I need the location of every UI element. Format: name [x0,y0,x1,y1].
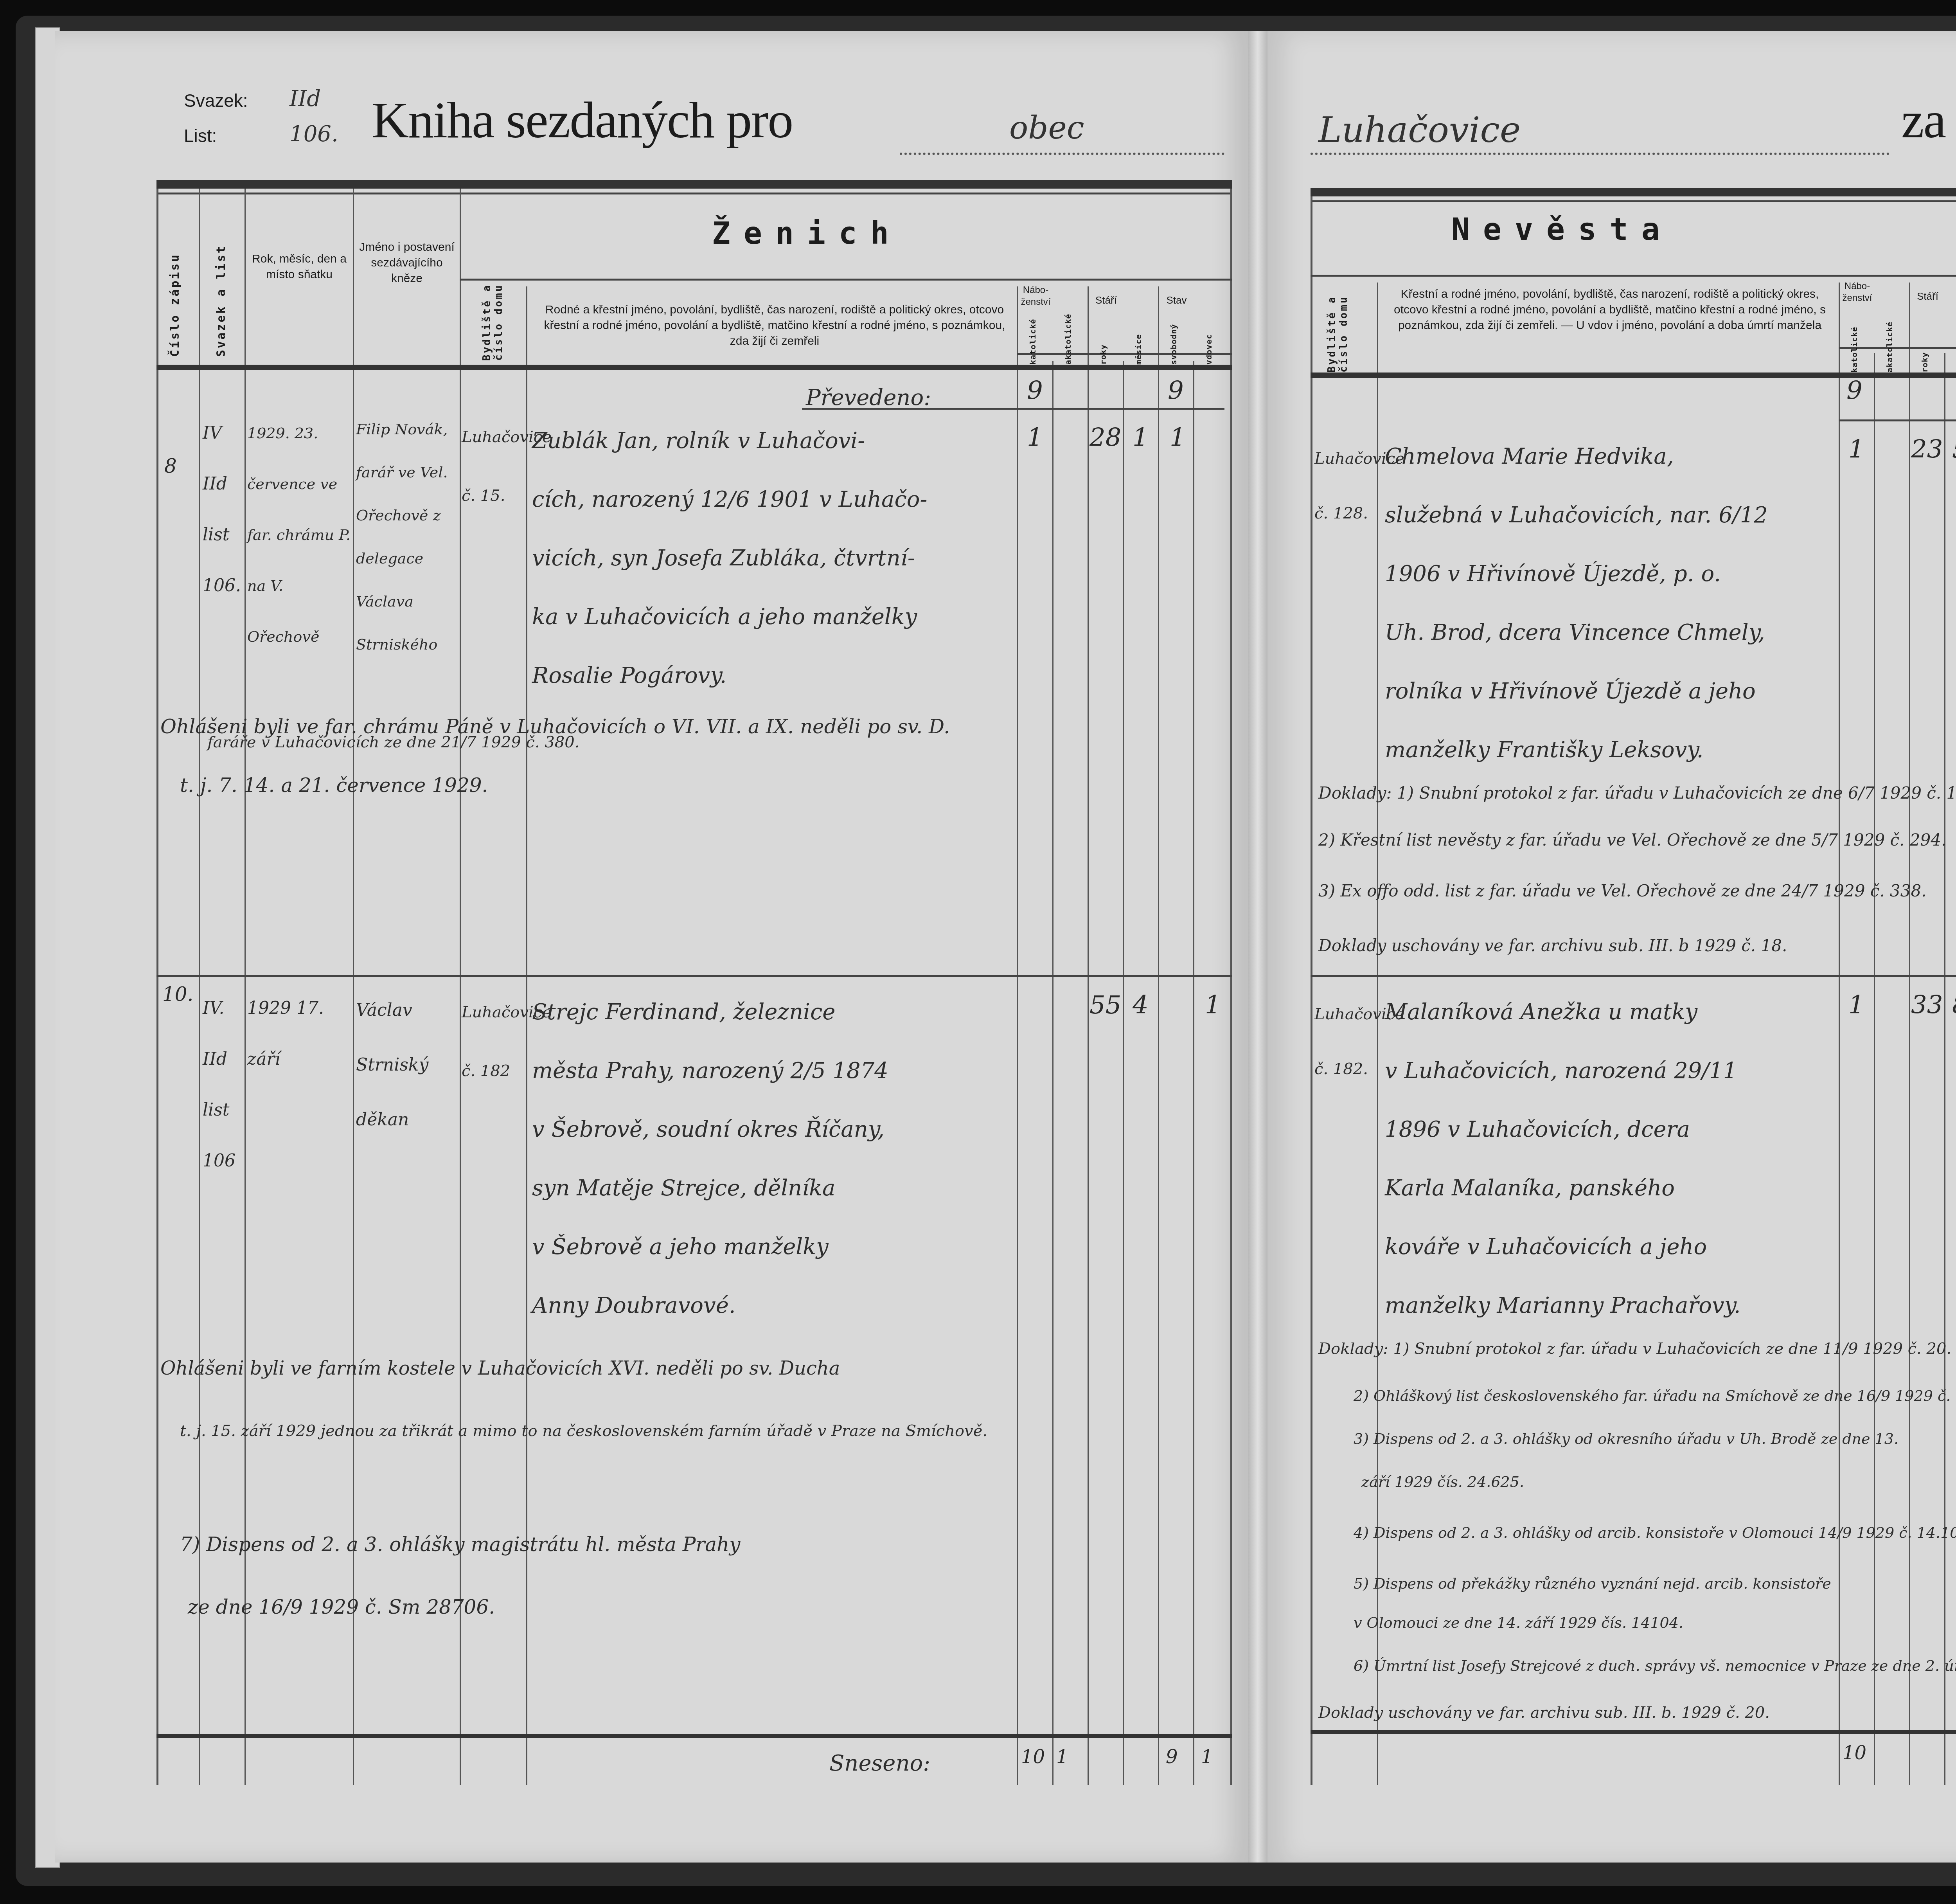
marriage-date-place: 1929. 23. července ve far. chrámu P. na … [247,408,353,662]
col-nabozenstvi: Nábo-ženství [1841,281,1874,304]
col-akatolicke: akatolické [1885,341,1894,373]
col-roky: roky [1098,333,1108,365]
officiating-priest: Václav Strniský děkan [356,983,458,1147]
officiating-priest: Filip Novák, farář ve Vel. Ořechově z de… [356,408,458,666]
totals-label: Sneseno: [829,1734,930,1793]
total-svobodny: 9 [1166,1746,1178,1768]
col-stari: Stáří [1089,292,1123,308]
col-katolicke: katolické [1028,333,1037,365]
bride-residence: Luhačovice č. 182. [1314,987,1377,1096]
col-bride-bydliste: Bydliště a číslo domu [1326,290,1350,373]
col-stav: Stav [1160,292,1193,308]
bride-line: Malaníková Anežka u matky [1385,983,1697,1042]
banns-line: t. j. 15. září 1929 jednou za třikrát a … [180,1402,987,1460]
carried-katolicke: 9 [1027,376,1043,405]
bride-line: 1896 v Luhačovicích, dcera [1385,1100,1690,1159]
groom-line: vicích, syn Josefa Zubláka, čtvrtní- [532,529,915,588]
doklady-line: Doklady uschovány ve far. archivu sub. I… [1318,916,1787,975]
groom-table: Ženich Číslo zápisu Svazek a list Rok, m… [156,180,1232,1785]
col-bydliste: Bydliště a číslo domu [481,279,505,361]
col-katolicke: katolické [1850,341,1859,373]
groom-line: cích, narozený 12/6 1901 v Luhačo- [532,470,927,529]
bride-section-title: Nevěsta [1451,212,1673,247]
groom-line: v Šebrově a jeho manželky [532,1218,829,1276]
groom-line: města Prahy, narozený 2/5 1874 [532,1042,888,1100]
left-page: Svazek: IId List: 106. Kniha sezdaných p… [55,31,1248,1863]
bride-table: Nevěsta Svědci Poznámky Bydliště a číslo… [1311,188,1956,1785]
book-title: Kniha sezdaných pro [372,90,793,150]
bride-line: Karla Malaníka, panského [1385,1159,1675,1218]
col-akatolicke: akatolické [1063,333,1073,365]
groom-line: Anny Doubravové. [532,1276,736,1335]
col-stari: Stáří [1911,288,1944,304]
col-bride-description: Křestní a rodné jméno, povolání, bydlišt… [1387,286,1833,333]
right-page: Luhačovice za rok 1929 Nevěsta Svědci Po… [1267,31,1956,1863]
obec-line [900,153,1224,155]
bride-line: rolníka v Hřivínově Újezdě a jeho [1385,662,1756,721]
groom-line: ka v Luhačovicích a jeho manželky [532,588,917,646]
groom-line: Zublák Jan, rolník v Luhačovi- [532,412,865,470]
doklady-line: 4) Dispens od 2. a 3. ohlášky od arcib. … [1354,1503,1956,1562]
col-description: Rodné a křestní jméno, povolání, bydlišt… [542,302,1007,349]
col-rok-mesic: Rok, měsíc, den a místo sňatku [248,251,350,283]
list-label: List: [184,125,217,146]
banns-line: Ohlášeni byli ve far. chrámu Páně v Luha… [160,697,950,756]
doklady-line: 2) Křestní list nevěsty z far. úřadu ve … [1318,811,1946,869]
book-gutter [1248,31,1267,1863]
year-label: za rok [1901,90,1956,150]
total-katolicke: 10 [1843,1742,1866,1764]
svazek-list: IV. IId list 106 [203,983,242,1186]
banns-line: t. j. 7. 14. a 21. července 1929. [180,756,488,815]
bride-residence: Luhačovice č. 128. [1314,431,1377,541]
doklady-line: 3) Ex offo odd. list z far. úřadu ve Vel… [1318,862,1927,920]
dispens-line: 7) Dispens od 2. a 3. ohlášky magistrátu… [180,1515,741,1574]
bride-line: Uh. Brod, dcera Vincence Chmely, [1385,603,1765,662]
dispens-line: ze dne 16/9 1929 č. Sm 28706. [188,1578,495,1636]
groom-residence: Luhačovice č. 15. [462,408,524,525]
total-katolicke: 10 [1021,1746,1045,1768]
col-svazek-list: Svazek a list [214,228,228,357]
groom-line: v Šebrově, soudní okres Říčany, [532,1100,885,1159]
doklady-line: září 1929 čís. 24.625. [1361,1452,1524,1511]
col-mesice: měsíce [1134,333,1143,365]
bride-line: v Luhačovicích, narozená 29/11 [1385,1042,1737,1100]
col-nabozenstvi: Nábo-ženství [1019,284,1052,308]
svazek-label: Svazek: [184,90,248,111]
place-line [1311,153,1889,155]
banns-line: Ohlášeni byli ve farním kostele v Luhačo… [160,1339,840,1398]
marriage-date-place: 1929 17. září [247,983,349,1085]
bride-line: kováře v Luhačovicích a jeho [1385,1218,1707,1276]
groom-line: Rosalie Pogárovy. [532,646,726,705]
col-cislo-zapisu: Číslo zápisu [168,228,182,357]
bride-line: služebná v Luhačovicích, nar. 6/12 [1385,486,1768,545]
col-jmeno-knize: Jméno i postavení sezdávajícího kněze [356,239,458,286]
carried-katolicke: 9 [1846,376,1863,405]
total-vdovec: 1 [1201,1746,1213,1768]
groom-line: syn Matěje Strejce, dělníka [532,1159,835,1218]
carried-svobodny: 9 [1168,376,1184,405]
groom-section-title: Ženich [712,216,902,251]
col-vdovec: vdovec [1204,333,1214,365]
groom-line: Strejc Ferdinand, železnice [532,983,835,1042]
svazek-list: IV IId list 106. [203,408,242,611]
col-svobodny: svobodný [1169,333,1178,365]
list-value: 106. [289,121,338,147]
col-roky: roky [1920,341,1929,373]
place-value: Luhačovice [1318,110,1521,151]
total-akatolicke: 1 [1056,1746,1068,1768]
obec-value: obec [1009,110,1084,146]
svazek-value: IId [289,86,321,112]
groom-residence: Luhačovice č. 182 [462,983,524,1100]
bride-line: 1906 v Hřivínově Újezdě, p. o. [1385,545,1721,603]
bride-line: Chmelova Marie Hedvika, [1385,427,1674,486]
